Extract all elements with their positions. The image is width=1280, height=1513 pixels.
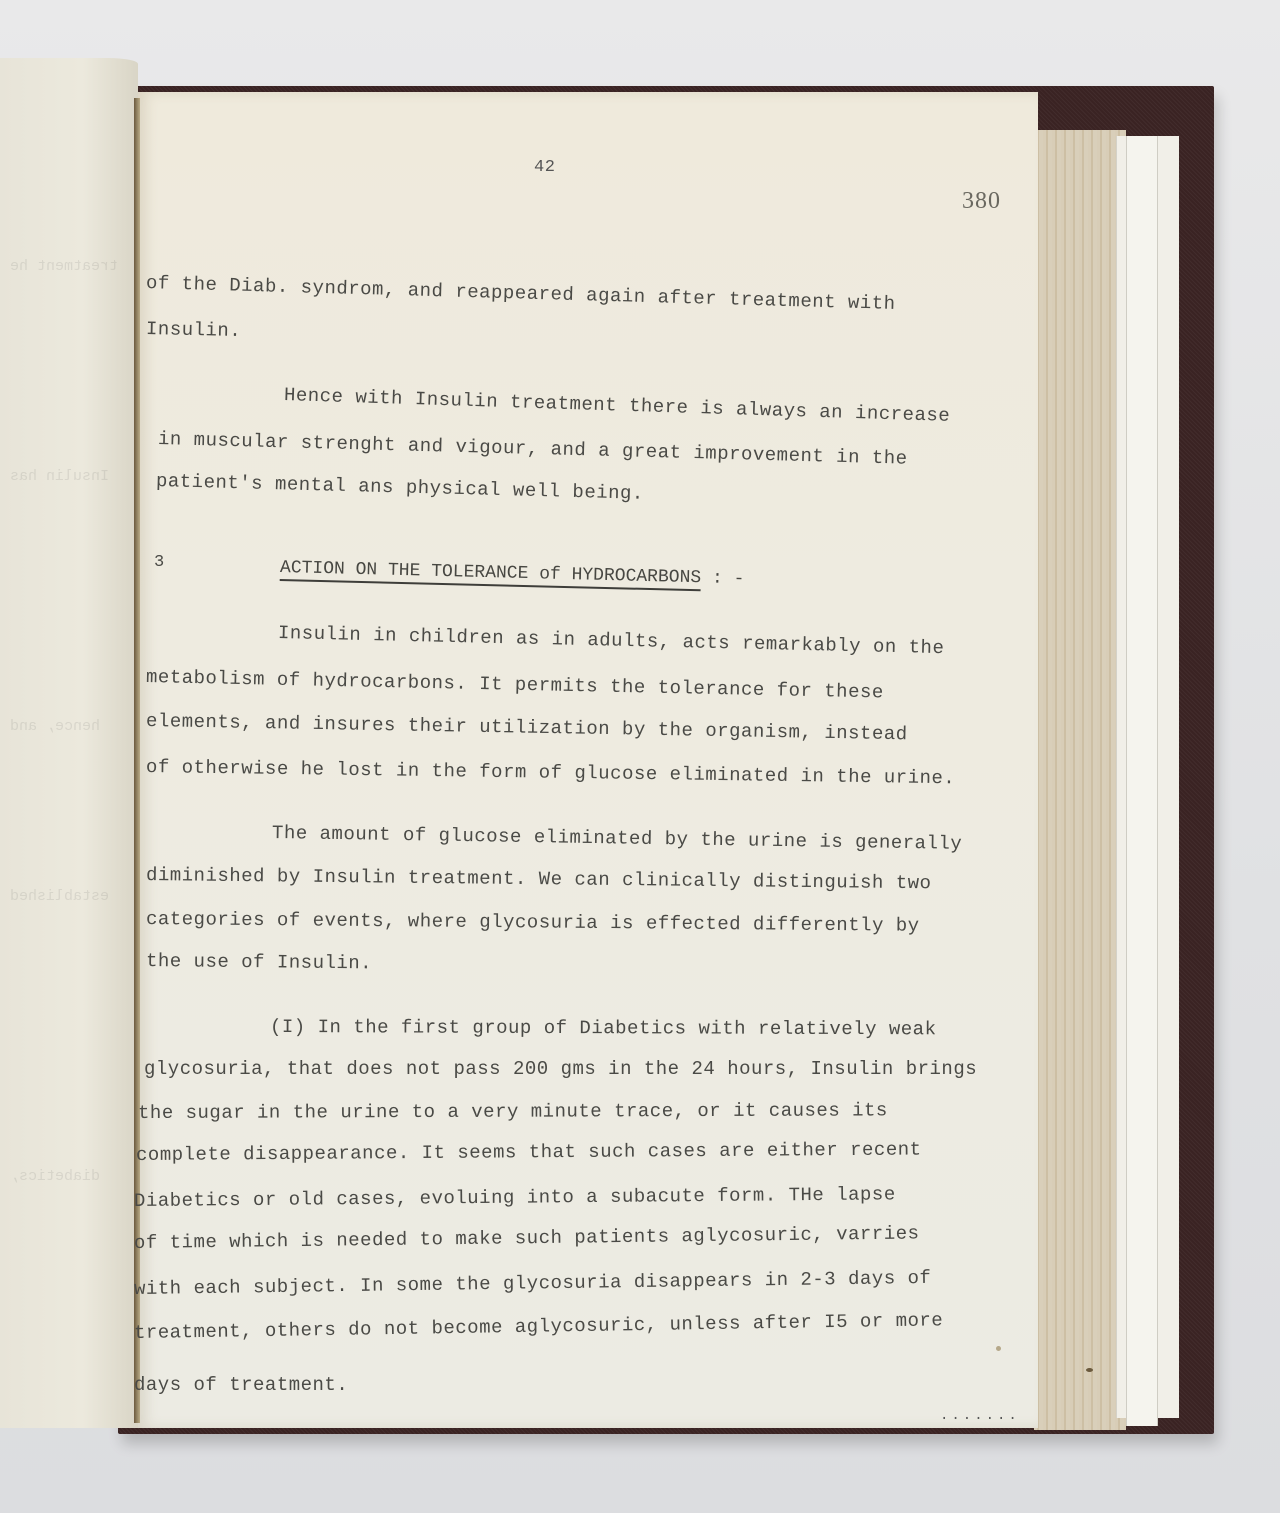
bleedthrough-text: treatment he [10, 258, 118, 275]
inserted-sheet-inner [1126, 136, 1158, 1426]
folio-number: 380 [962, 188, 1001, 215]
bleedthrough-text: established [10, 888, 109, 905]
text-line: glycosuria, that does not pass 200 gms i… [144, 1058, 977, 1080]
left-page: treatment he Insulin has hence, and esta… [0, 58, 138, 1428]
bleedthrough-text: diabetics, [10, 1168, 100, 1185]
text-line: the use of Insulin. [146, 950, 372, 974]
continuation-dots: ....... [940, 1408, 1020, 1424]
bleedthrough-text: Insulin has [10, 468, 109, 485]
paper-speck [1086, 1368, 1093, 1372]
page-edges [1034, 130, 1126, 1430]
paper-speck [996, 1346, 1001, 1351]
section-number: 3 [154, 553, 164, 572]
page-number: 42 [534, 158, 555, 177]
text-line: (I) In the first group of Diabetics with… [270, 1016, 937, 1040]
text-line: the sugar in the urine to a very minute … [138, 1099, 888, 1124]
book-gutter [134, 98, 140, 1423]
section-heading-suffix: : - [701, 568, 745, 589]
bleedthrough-text: hence, and [10, 718, 100, 735]
text-line: days of treatment. [134, 1374, 348, 1396]
text-line: Insulin. [146, 318, 242, 342]
